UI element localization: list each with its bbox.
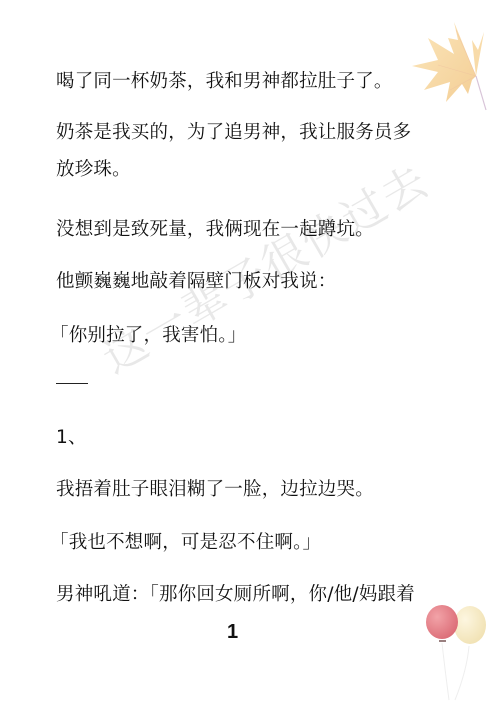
quote-paragraph: 「你别拉了，我害怕。」 [50, 324, 246, 348]
section-divider [56, 383, 88, 384]
paragraph: 没想到是致死量，我俩现在一起蹲坑。 [56, 218, 374, 242]
balloons-decoration-icon [415, 600, 500, 707]
paragraph: 男神吼道：「那你回女厕所啊，你/他/妈跟着 [56, 583, 415, 607]
maple-leaf-decoration-icon [398, 10, 498, 115]
page-number: 1 [227, 621, 238, 644]
paragraph: 奶茶是我买的，为了追男神，我让服务员多 [56, 121, 411, 145]
watermark-text: 这一辈子很快过去 [88, 146, 439, 385]
paragraph: 喝了同一杯奶茶，我和男神都拉肚子了。 [56, 70, 393, 94]
paragraph: 他颤巍巍地敲着隔壁门板对我说： [56, 270, 337, 294]
quote-paragraph: 「我也不想啊，可是忍不住啊。」 [50, 531, 321, 555]
section-heading: 1、 [56, 426, 87, 450]
paragraph: 我捂着肚子眼泪糊了一脸，边拉边哭。 [56, 478, 374, 502]
paragraph: 放珍珠。 [56, 158, 131, 182]
